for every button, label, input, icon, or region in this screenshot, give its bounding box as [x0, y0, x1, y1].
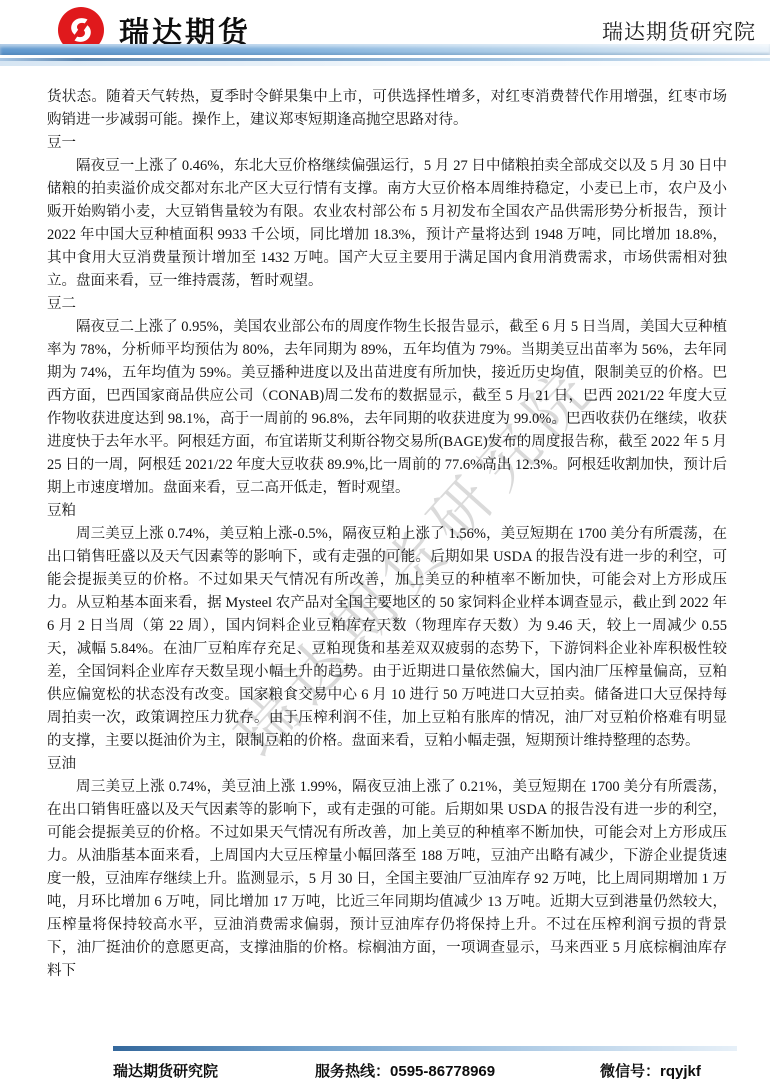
section-label-douyi: 豆一	[47, 132, 727, 155]
section-paragraph-doupo: 周三美豆上涨 0.74%，美豆粕上涨-0.5%，隔夜豆粕上涨了 1.56%，美豆…	[47, 523, 727, 753]
report-body: 货状态。随着天气转热，夏季时令鲜果集中上市，可供选择性增多，对红枣消费替代作用增…	[47, 86, 727, 983]
report-page: 瑞达期货 RUIDA FUTURES CO.,LTD. 瑞达期货研究院 瑞达期货…	[0, 0, 770, 1089]
section-label-doupo: 豆粕	[47, 500, 727, 523]
footer-gradient-bar	[113, 1046, 737, 1051]
section-paragraph-douyi: 隔夜豆一上涨了 0.46%，东北大豆价格继续偏强运行，5 月 27 日中储粮拍卖…	[47, 155, 727, 293]
intro-paragraph: 货状态。随着天气转热，夏季时令鲜果集中上市，可供选择性增多，对红枣消费替代作用增…	[47, 86, 727, 132]
section-label-douyou: 豆油	[47, 753, 727, 776]
footer-wechat-label: 微信号：	[600, 1063, 660, 1080]
footer-wechat: 微信号：rqyjkf	[600, 1060, 701, 1081]
footer-hotline-number: 0595-86778969	[390, 1063, 495, 1080]
header-institute-title: 瑞达期货研究院	[602, 16, 756, 46]
footer-wechat-id: rqyjkf	[660, 1063, 701, 1080]
header-glow-strip	[0, 61, 770, 66]
section-label-douer: 豆二	[47, 293, 727, 316]
header-gradient-bar	[0, 44, 770, 55]
footer-institute: 瑞达期货研究院	[113, 1060, 218, 1081]
footer-hotline: 服务热线：0595-86778969	[315, 1060, 495, 1081]
section-paragraph-douyou: 周三美豆上涨 0.74%，美豆油上涨 1.99%，隔夜豆油上涨了 0.21%，美…	[47, 776, 727, 983]
footer: 瑞达期货研究院 服务热线：0595-86778969 微信号：rqyjkf	[0, 1060, 770, 1084]
footer-hotline-label: 服务热线：	[315, 1063, 390, 1080]
section-paragraph-douer: 隔夜豆二上涨了 0.95%，美国农业部公布的周度作物生长报告显示，截至 6 月 …	[47, 316, 727, 500]
